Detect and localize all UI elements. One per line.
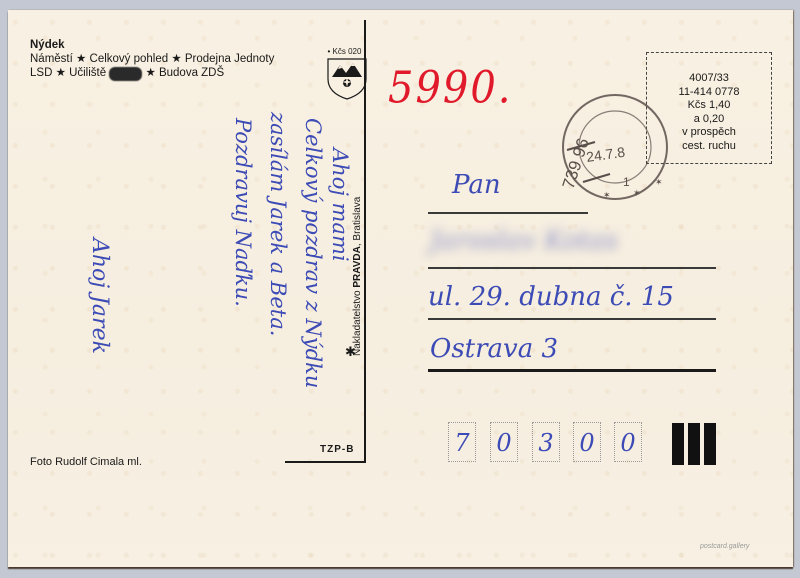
caption-title: Nýdek (30, 38, 274, 52)
caption-line-2: LSD ★ Učiliště NHKG ★ Budova ZDŠ (30, 66, 274, 81)
watermark: postcard.gallery (700, 543, 749, 550)
postcode-digit-5: 0 (614, 422, 642, 462)
publisher-imprint: Nakladatelstvo PRAVDA, Bratislava (352, 197, 363, 356)
address-line-4 (428, 369, 716, 372)
publisher-logo-icon: ✱ (345, 345, 359, 359)
message-line-4: Pozdravuj Naďku. (231, 118, 255, 307)
svg-text:24.7.8: 24.7.8 (585, 144, 626, 165)
postcode-digit-3: 3 (532, 422, 560, 462)
caption: Nýdek Náměstí ★ Celkový pohled ★ Prodejn… (30, 38, 274, 81)
postcode-digit-1: 7 (448, 422, 476, 462)
postcode-bars-icon (672, 423, 716, 465)
message-line-1: Ahoj mami (328, 148, 352, 262)
redacted-text: NHKG (109, 67, 142, 81)
message-line-3: zasílám Jarek a Beta. (266, 112, 290, 336)
caption-line-1: Náměstí ★ Celkový pohled ★ Prodejna Jedn… (30, 52, 274, 66)
message-signature: Ahoj Jarek (87, 238, 112, 354)
address-street: ul. 29. dubna č. 15 (428, 282, 674, 312)
tourism-badge-icon: • Kčs 020 • (318, 45, 376, 101)
svg-text:✶: ✶ (633, 188, 641, 198)
photo-credit: Foto Rudolf Cimala ml. (30, 456, 142, 468)
series-code: TZP-B (320, 444, 354, 455)
svg-text:• Kčs 020 •: • Kčs 020 • (328, 47, 367, 56)
svg-text:✶: ✶ (603, 190, 611, 200)
svg-text:✶: ✶ (655, 177, 663, 187)
address-line-3 (428, 318, 716, 320)
caption-line-2-post: ★ Budova ZDŠ (145, 67, 224, 79)
address-salutation: Pan (452, 170, 501, 200)
svg-text:1: 1 (623, 175, 630, 189)
caption-line-2-pre: LSD ★ Učiliště (30, 67, 106, 79)
postmark-icon: 739 96 24.7.8 1 ✶ ✶ ✶ (545, 90, 685, 205)
address-line-1 (428, 212, 588, 214)
divider-vertical (364, 20, 366, 463)
message-line-2: Celkový pozdrav z Nýdku (301, 118, 325, 388)
address-city: Ostrava 3 (430, 334, 558, 364)
address-line-2 (428, 267, 716, 269)
postcode-digit-2: 0 (490, 422, 518, 462)
price-mark: 5990. (388, 63, 513, 114)
divider-horizontal (285, 461, 366, 463)
address-name-redacted: Jaroslav Kotas (430, 226, 618, 256)
postcode-digit-4: 0 (573, 422, 601, 462)
